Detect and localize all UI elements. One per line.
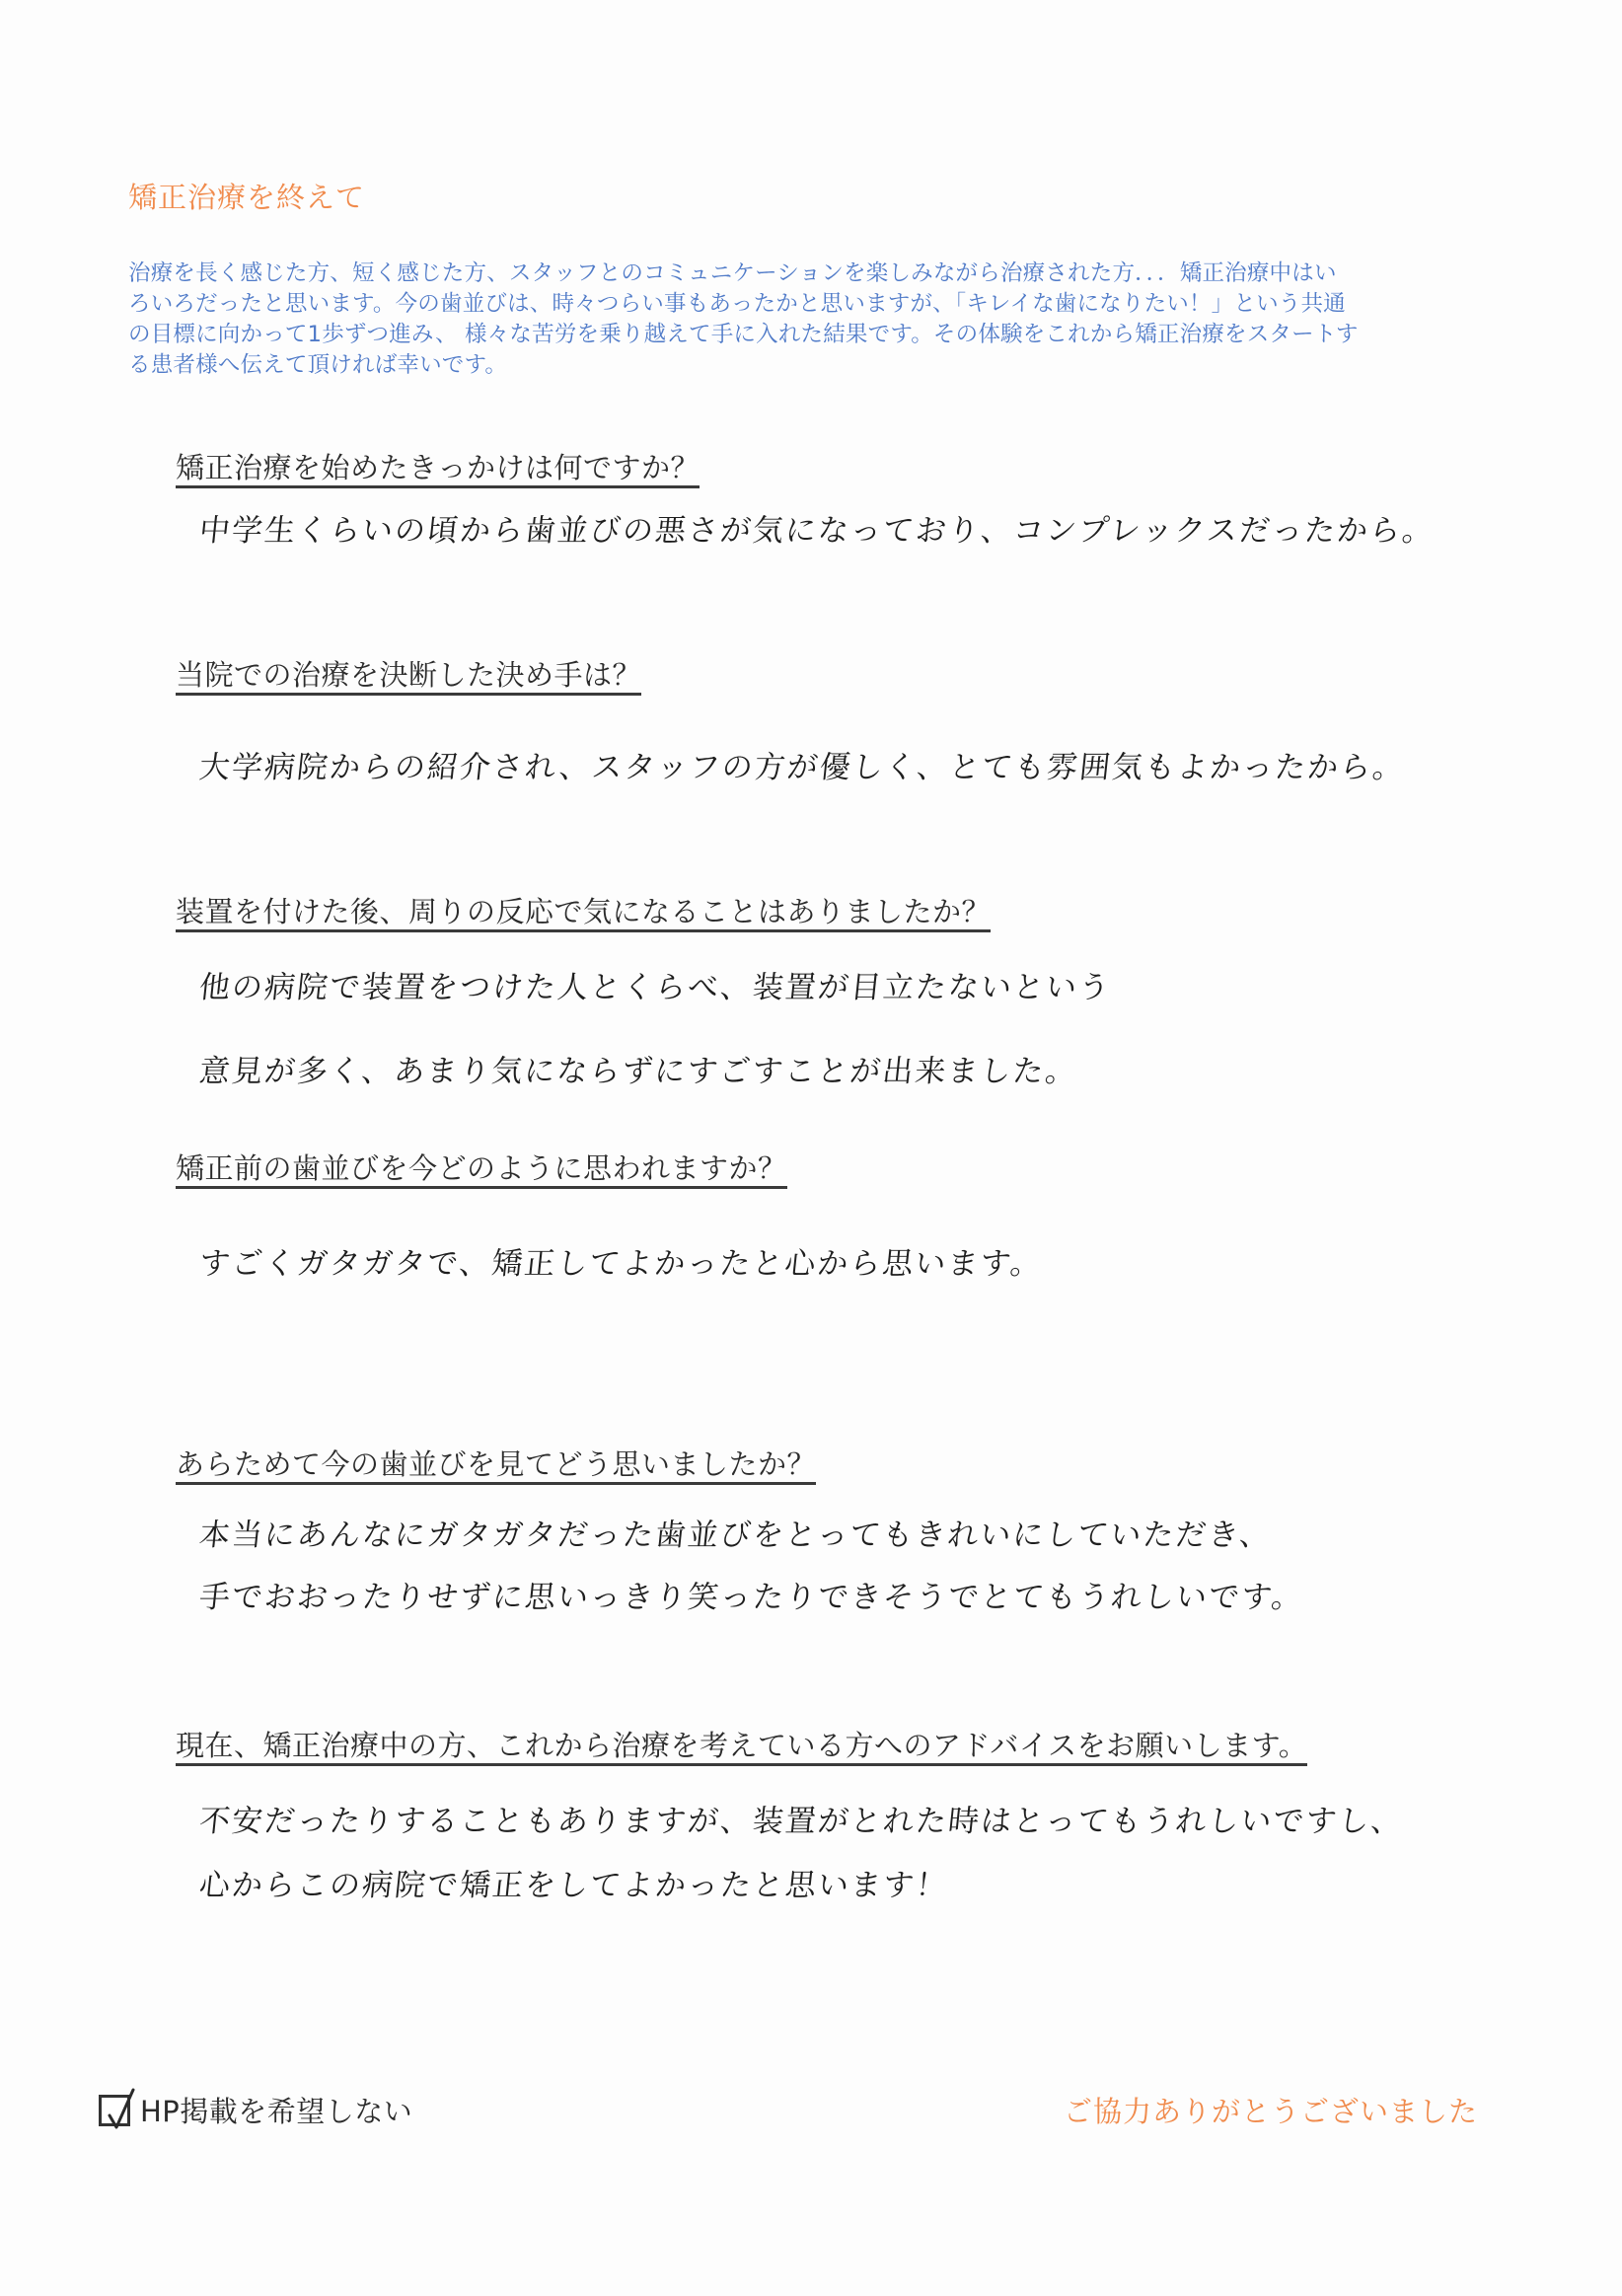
checkmark-icon	[104, 2086, 137, 2129]
question-heading: 矯正治療を始めたきっかけは何ですか？	[176, 451, 700, 488]
question-heading: 当院での治療を決断した決め手は？	[176, 658, 641, 696]
handwritten-answer: 手でおおったりせずに思いっきり笑ったりできそうでとてもうれしいです。	[197, 1572, 1306, 1616]
page-title: 矯正治療を終えて	[128, 176, 365, 216]
thank-you-message: ご協力ありがとうございました	[1064, 2090, 1478, 2130]
intro-line: 治療を長く感じた方、短く感じた方、スタッフとのコミュニケーションを楽しみながら治…	[128, 259, 1490, 289]
handwritten-answer: 本当にあんなにガタガタだった歯並びをとってもきれいにしていただき、	[197, 1510, 1275, 1554]
handwritten-answer: 他の病院で装置をつけた人とくらべ、装置が目立たないという	[197, 962, 1114, 1006]
question-heading: 矯正前の歯並びを今どのように思われますか？	[176, 1151, 787, 1189]
survey-sheet: 矯正治療を終えて 治療を長く感じた方、短く感じた方、スタッフとのコミュニケーショ…	[0, 0, 1622, 2296]
intro-paragraph: 治療を長く感じた方、短く感じた方、スタッフとのコミュニケーションを楽しみながら治…	[128, 259, 1490, 381]
intro-line: の目標に向かって1歩ずつ進み、 様々な苦労を乗り越えて手に入れた結果です。その体…	[128, 320, 1490, 350]
handwritten-answer: 中学生くらいの頃から歯並びの悪さが気になっており、コンプレックスだったから。	[197, 505, 1438, 550]
intro-line: る患者様へ伝えて頂ければ幸いです。	[128, 350, 1490, 381]
intro-line: ろいろだったと思います。今の歯並びは、時々つらい事もあったかと思いますが、「キレ…	[128, 289, 1490, 320]
handwritten-answer: すごくガタガタで、矯正してよかったと心から思います。	[197, 1238, 1046, 1283]
question-heading: あらためて今の歯並びを見てどう思いましたか？	[176, 1447, 816, 1485]
hp-opt-out-label: HP掲載を希望しない	[140, 2090, 412, 2130]
hp-opt-out-checkbox[interactable]	[99, 2095, 130, 2126]
handwritten-answer: 不安だったりすることもありますが、装置がとれた時はとってもうれしいですし、	[197, 1796, 1406, 1840]
hp-opt-out-checkbox-row[interactable]: HP掲載を希望しない	[99, 2090, 412, 2130]
handwritten-answer: 大学病院からの紹介され、スタッフの方が優しく、とても雰囲気もよかったから。	[197, 742, 1408, 786]
question-heading: 装置を付けた後、周りの反応で気になることはありましたか？	[176, 895, 991, 932]
question-heading: 現在、矯正治療中の方、これから治療を考えている方へのアドバイスをお願いします。	[176, 1729, 1307, 1766]
handwritten-answer: 心からこの病院で矯正をしてよかったと思います！	[197, 1860, 951, 1904]
handwritten-answer: 意見が多く、あまり気にならずにすごすことが出来ました。	[197, 1046, 1080, 1090]
